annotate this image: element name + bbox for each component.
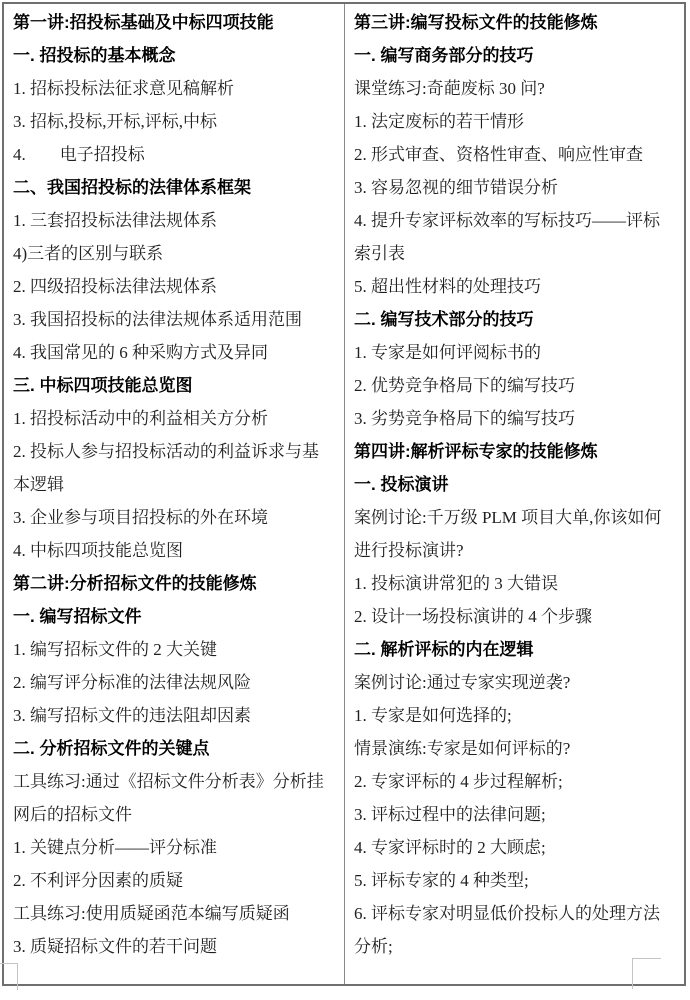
outline-line: 2. 设计一场投标演讲的 4 个步骤 xyxy=(354,600,674,633)
outline-line: 1. 关键点分析——评分标准 xyxy=(13,831,334,864)
outline-column-right: 第三讲:编写投标文件的技能修炼一. 编写商务部分的技巧课堂练习:奇葩废标 30 … xyxy=(344,4,684,984)
course-outline-table: 第一讲:招投标基础及中标四项技能一. 招投标的基本概念1. 招标投标法征求意见稿… xyxy=(2,2,686,986)
outline-line: 2. 编写评分标准的法律法规风险 xyxy=(13,666,334,699)
outline-line: 4)三者的区别与联系 xyxy=(13,237,334,270)
outline-line: 1. 法定废标的若干情形 xyxy=(354,105,674,138)
outline-line: 3. 质疑招标文件的若干问题 xyxy=(13,930,334,963)
text-boundary-mark-bottom-right xyxy=(632,958,661,989)
outline-line: 案例讨论:通过专家实现逆袭? xyxy=(354,666,674,699)
outline-line: 二、我国招投标的法律体系框架 xyxy=(13,171,334,204)
outline-line: 1. 投标演讲常犯的 3 大错误 xyxy=(354,567,674,600)
outline-line: 4. 专家评标时的 2 大顾虑; xyxy=(354,831,674,864)
outline-line: 5. 评标专家的 4 种类型; xyxy=(354,864,674,897)
outline-line: 一. 投标演讲 xyxy=(354,468,674,501)
outline-line: 5. 超出性材料的处理技巧 xyxy=(354,270,674,303)
outline-line: 工具练习:使用质疑函范本编写质疑函 xyxy=(13,897,334,930)
outline-line: 二. 编写技术部分的技巧 xyxy=(354,303,674,336)
outline-line: 1. 招投标活动中的利益相关方分析 xyxy=(13,402,334,435)
outline-line: 4. 我国常见的 6 种采购方式及异同 xyxy=(13,336,334,369)
outline-line: 1. 编写招标文件的 2 大关键 xyxy=(13,633,334,666)
outline-line: 1. 招标投标法征求意见稿解析 xyxy=(13,72,334,105)
outline-line: 3. 企业参与项目招投标的外在环境 xyxy=(13,501,334,534)
outline-line: 第二讲:分析招标文件的技能修炼 xyxy=(13,567,334,600)
outline-line: 二. 解析评标的内在逻辑 xyxy=(354,633,674,666)
outline-line: 一. 编写商务部分的技巧 xyxy=(354,39,674,72)
outline-line: 课堂练习:奇葩废标 30 问? xyxy=(354,72,674,105)
outline-line: 一. 招投标的基本概念 xyxy=(13,39,334,72)
text-boundary-mark-bottom-left xyxy=(0,963,18,990)
outline-line: 2. 专家评标的 4 步过程解析; xyxy=(354,765,674,798)
outline-line: 第一讲:招投标基础及中标四项技能 xyxy=(13,6,334,39)
outline-line: 1. 专家是如何评阅标书的 xyxy=(354,336,674,369)
outline-column-left: 第一讲:招投标基础及中标四项技能一. 招投标的基本概念1. 招标投标法征求意见稿… xyxy=(4,4,344,984)
outline-line: 1. 专家是如何选择的; xyxy=(354,699,674,732)
outline-line: 3. 编写招标文件的违法阻却因素 xyxy=(13,699,334,732)
outline-line: 三. 中标四项技能总览图 xyxy=(13,369,334,402)
outline-line: 一. 编写招标文件 xyxy=(13,600,334,633)
outline-line: 3. 劣势竞争格局下的编写技巧 xyxy=(354,402,674,435)
outline-line: 2. 四级招投标法律法规体系 xyxy=(13,270,334,303)
outline-line: 第三讲:编写投标文件的技能修炼 xyxy=(354,6,674,39)
outline-line: 4. 中标四项技能总览图 xyxy=(13,534,334,567)
outline-line: 二. 分析招标文件的关键点 xyxy=(13,732,334,765)
outline-line: 2. 优势竞争格局下的编写技巧 xyxy=(354,369,674,402)
outline-line: 2. 投标人参与招投标活动的利益诉求与基本逻辑 xyxy=(13,435,334,501)
outline-line: 3. 我国招投标的法律法规体系适用范围 xyxy=(13,303,334,336)
outline-line: 情景演练:专家是如何评标的? xyxy=(354,732,674,765)
outline-line: 工具练习:通过《招标文件分析表》分析挂网后的招标文件 xyxy=(13,765,334,831)
outline-line: 3. 容易忽视的细节错误分析 xyxy=(354,171,674,204)
outline-line: 第四讲:解析评标专家的技能修炼 xyxy=(354,435,674,468)
outline-line: 案例讨论:千万级 PLM 项目大单,你该如何进行投标演讲? xyxy=(354,501,674,567)
outline-line: 2. 形式审查、资格性审查、响应性审查 xyxy=(354,138,674,171)
outline-line: 2. 不利评分因素的质疑 xyxy=(13,864,334,897)
outline-line: 4. 提升专家评标效率的写标技巧——评标索引表 xyxy=(354,204,674,270)
outline-line: 6. 评标专家对明显低价投标人的处理方法分析; xyxy=(354,897,674,963)
outline-line: 3. 评标过程中的法律问题; xyxy=(354,798,674,831)
outline-line: 3. 招标,投标,开标,评标,中标 xyxy=(13,105,334,138)
outline-line: 4. 电子招投标 xyxy=(13,138,334,171)
outline-line: 1. 三套招投标法律法规体系 xyxy=(13,204,334,237)
